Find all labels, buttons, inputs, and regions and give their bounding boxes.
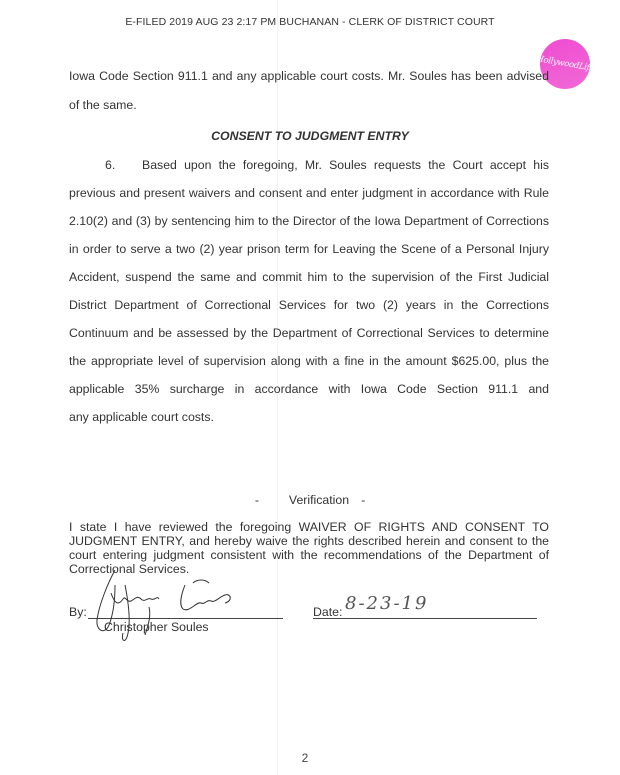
paragraph-line: previous and present waivers and consent… — [69, 186, 549, 201]
handwritten-date: 8-23-19 — [345, 593, 428, 614]
continuation-line: Iowa Code Section 911.1 and any applicab… — [69, 69, 549, 84]
paragraph-line: applicable 35% surcharge in accordance w… — [69, 382, 549, 397]
verification-dash: - — [255, 493, 259, 507]
paragraph-line: Accident, suspend the same and commit hi… — [69, 270, 549, 285]
verification-line: I state I have reviewed the foregoing WA… — [69, 520, 549, 534]
verification-line: court entering judgment consistent with … — [69, 548, 549, 562]
signer-name: Christopher Soules — [104, 620, 209, 634]
verification-title-row: -Verification- — [0, 493, 620, 507]
page-number: 2 — [0, 751, 610, 765]
date-label: Date: — [313, 605, 342, 619]
verification-dash: - — [361, 493, 365, 507]
date-line — [313, 618, 537, 619]
efiled-stamp: E-FILED 2019 AUG 23 2:17 PM BUCHANAN - C… — [0, 16, 620, 28]
verification-title: Verification — [289, 493, 349, 507]
paragraph-line: the appropriate level of supervision alo… — [69, 354, 549, 369]
paragraph-line: District Department of Correctional Serv… — [69, 298, 549, 313]
paragraph-line: in order to serve a two (2) year prison … — [69, 242, 549, 257]
paragraph-line: Continuum and be assessed by the Departm… — [69, 326, 549, 341]
paragraph-line: Based upon the foregoing, Mr. Soules req… — [142, 158, 549, 173]
paragraph-number: 6. — [105, 158, 125, 173]
verification-line: JUDGMENT ENTRY, and hereby waive the rig… — [69, 534, 549, 548]
paragraph-line: any applicable court costs. — [69, 410, 549, 425]
paragraph-line: 2.10(2) and (3) by sentencing him to the… — [69, 214, 549, 229]
continuation-line: of the same. — [69, 98, 549, 113]
section-heading: CONSENT TO JUDGMENT ENTRY — [0, 129, 620, 143]
